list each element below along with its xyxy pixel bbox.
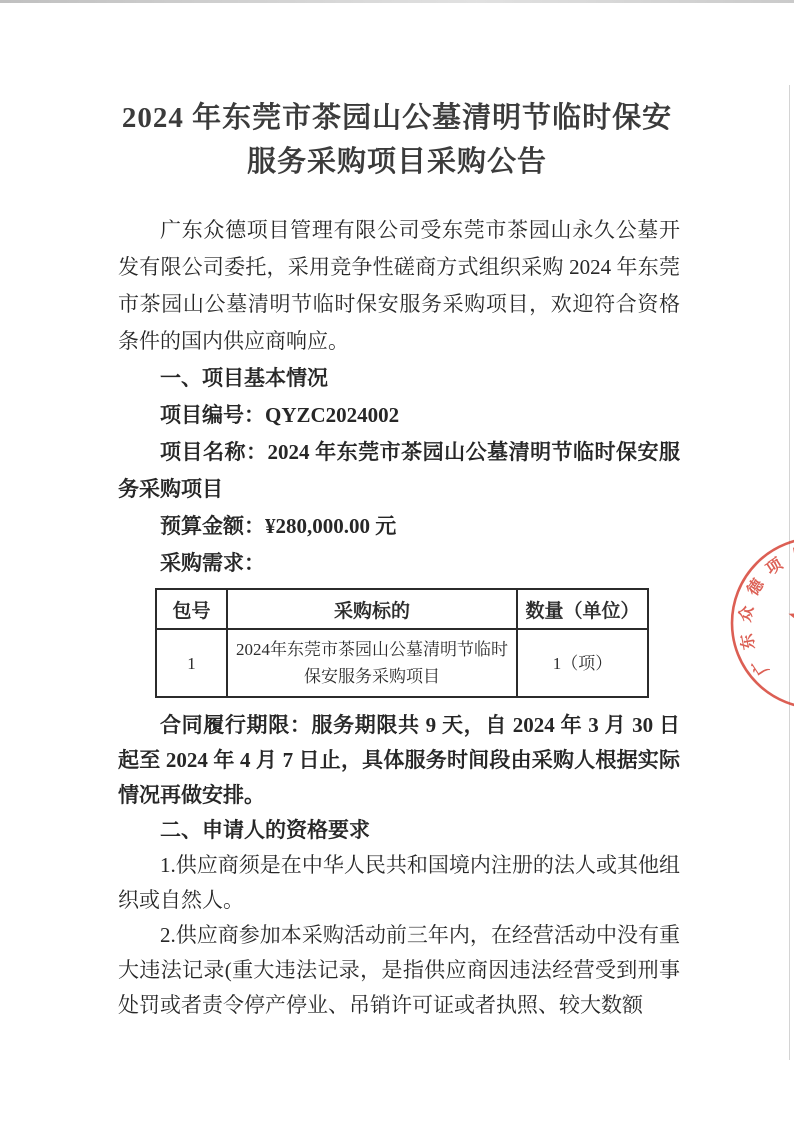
section2-heading: 二、申请人的资格要求	[118, 813, 680, 848]
budget-line: 预算金额：¥280,000.00 元	[118, 508, 680, 545]
table-header-package-no: 包号	[156, 589, 227, 629]
document-body: 广东众德项目管理有限公司受东莞市茶园山永久公墓开发有限公司委托，采用竞争性磋商方…	[118, 212, 680, 1023]
section1-heading: 一、项目基本情况	[118, 360, 680, 397]
scan-artifact-top-edge	[0, 0, 794, 3]
table-header-subject: 采购标的	[227, 589, 517, 629]
cell-quantity: 1（项）	[517, 629, 648, 697]
intro-paragraph: 广东众德项目管理有限公司受东莞市茶园山永久公墓开发有限公司委托，采用竞争性磋商方…	[118, 212, 680, 360]
document-title-line-2: 服务采购项目采购公告	[0, 140, 794, 184]
cell-package-no: 1	[156, 629, 227, 697]
qualification-item-2: 2.供应商参加本采购活动前三年内，在经营活动中没有重大违法记录(重大违法记录，是…	[118, 918, 680, 1023]
document-title: 2024 年东莞市茶园山公墓清明节临时保安 服务采购项目采购公告	[0, 96, 794, 184]
seal-company-text: 广东众德项目管理有限公司	[735, 542, 794, 682]
seal-company-name: 广东众德项目管理有限公司	[735, 542, 794, 682]
project-name-line: 项目名称：2024 年东莞市茶园山公墓清明节临时保安服务采购项目	[118, 434, 680, 508]
table-header-row: 包号 采购标的 数量（单位）	[156, 589, 648, 629]
procurement-demand-table: 包号 采购标的 数量（单位） 1 2024年东莞市茶园山公墓清明节临时保安服务采…	[155, 588, 649, 698]
cell-subject: 2024年东莞市茶园山公墓清明节临时保安服务采购项目	[227, 629, 517, 697]
project-number-line: 项目编号：QYZC2024002	[118, 397, 680, 434]
document-title-line-1: 2024 年东莞市茶园山公墓清明节临时保安	[0, 96, 794, 140]
seal-star	[789, 593, 794, 647]
company-seal-stamp: 广东众德项目管理有限公司	[700, 520, 794, 740]
table-row: 1 2024年东莞市茶园山公墓清明节临时保安服务采购项目 1（项）	[156, 629, 648, 697]
demand-label: 采购需求：	[118, 545, 680, 582]
qualification-item-1: 1.供应商须是在中华人民共和国境内注册的法人或其他组织或自然人。	[118, 848, 680, 918]
table-header-quantity: 数量（单位）	[517, 589, 648, 629]
contract-period-paragraph: 合同履行期限：服务期限共 9 天，自 2024 年 3 月 30 日起至 202…	[118, 708, 680, 813]
scanned-document-page: 2024 年东莞市茶园山公墓清明节临时保安 服务采购项目采购公告 广东众德项目管…	[0, 0, 794, 1123]
